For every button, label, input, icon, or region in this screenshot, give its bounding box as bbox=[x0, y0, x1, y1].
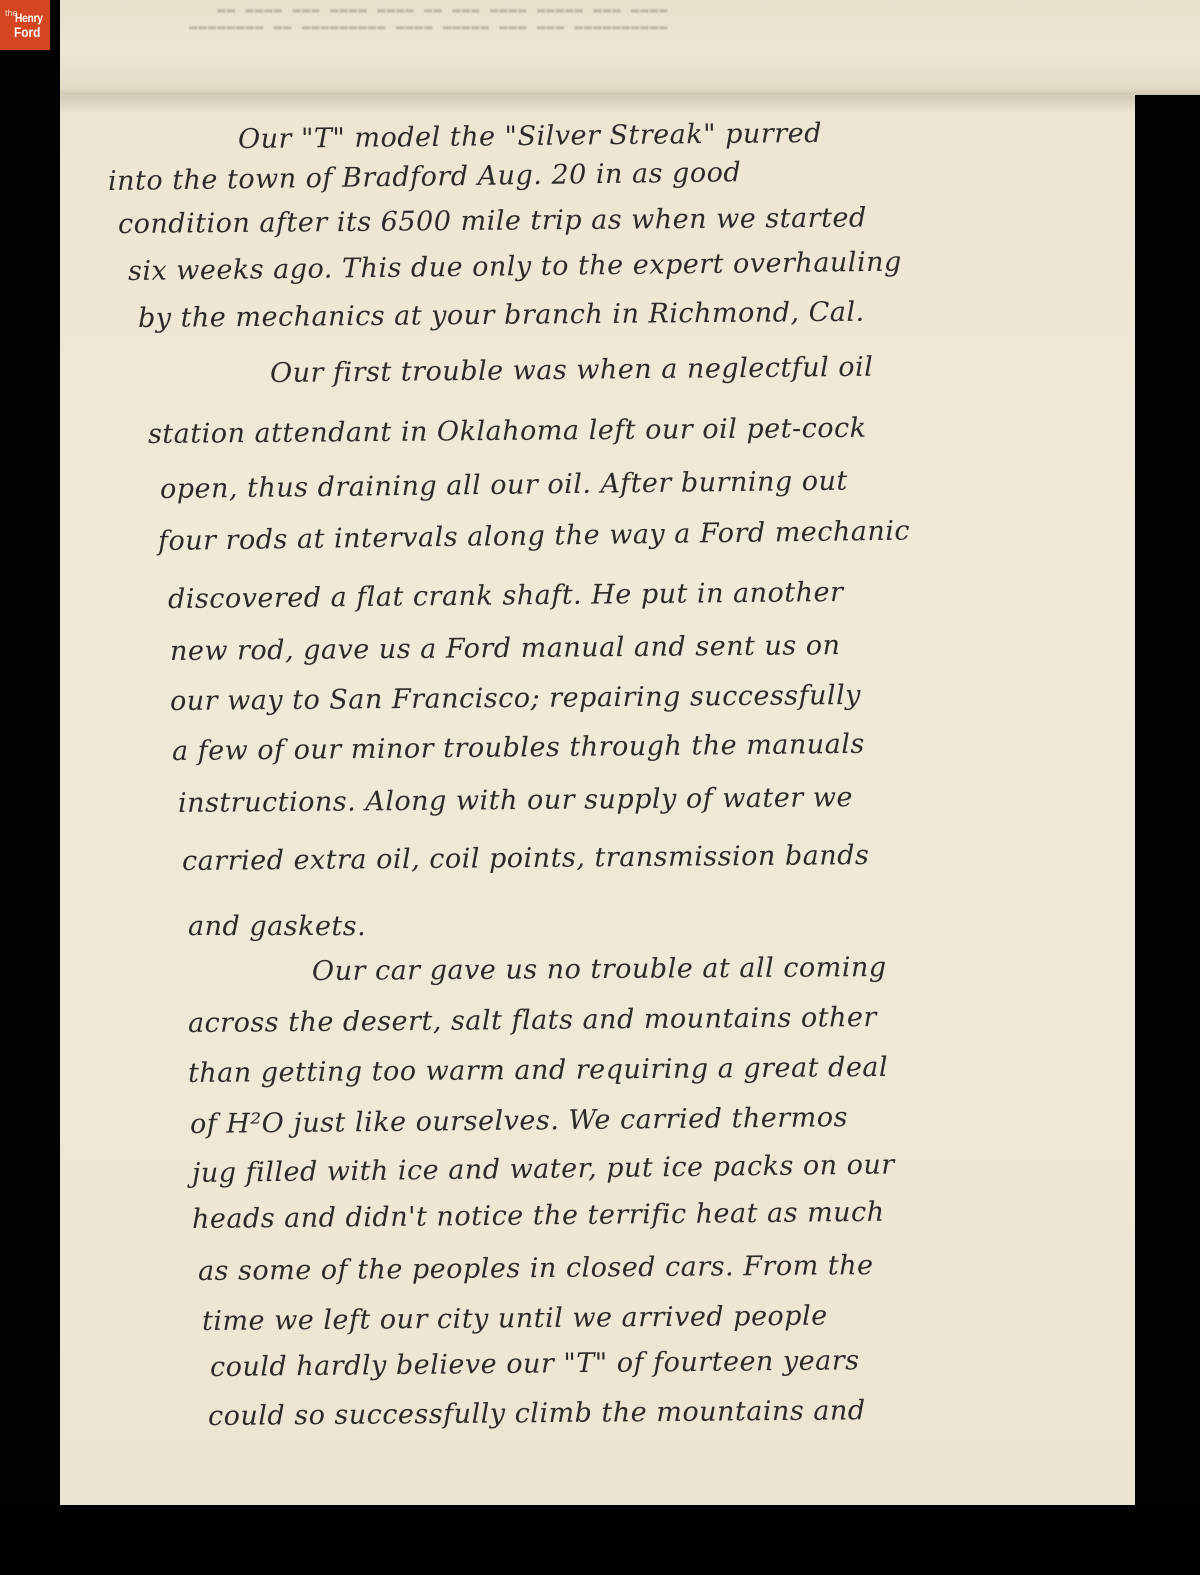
letter-line: our way to San Francisco; repairing succ… bbox=[170, 680, 861, 717]
letter-line: by the mechanics at your branch in Richm… bbox=[138, 297, 865, 334]
letter-line: and gaskets. bbox=[188, 911, 366, 942]
letter-line: carried extra oil, coil points, transmis… bbox=[182, 840, 870, 877]
scan-background bbox=[0, 1505, 1200, 1575]
logo-henry: Henry bbox=[15, 12, 43, 24]
letter-line: into the town of Bradford Aug. 20 in as … bbox=[108, 157, 742, 197]
letter-line: could so successfully climb the mountain… bbox=[208, 1395, 866, 1432]
folded-back-sheet: ▬▬▬▬ ▬▬▬ ▬▬▬▬▬ ▬▬▬▬ ▬▬▬ ▬▬ ▬▬▬▬ ▬▬▬▬ ▬▬▬… bbox=[60, 0, 1200, 95]
letter-line: than getting too warm and requiring a gr… bbox=[188, 1052, 888, 1089]
letter-line: could hardly believe our "T" of fourteen… bbox=[210, 1345, 860, 1383]
letter-line: as some of the peoples in closed cars. F… bbox=[198, 1250, 874, 1287]
typed-bleed-through: ▬▬▬▬ ▬▬▬ ▬▬▬▬▬ ▬▬▬▬ ▬▬▬ ▬▬ ▬▬▬▬ ▬▬▬▬ ▬▬▬… bbox=[188, 2, 667, 36]
letter-line: open, thus draining all our oil. After b… bbox=[160, 466, 848, 505]
logo-ford: Ford bbox=[14, 25, 40, 39]
letter-line: instructions. Along with our supply of w… bbox=[178, 782, 853, 819]
letter-line: condition after its 6500 mile trip as wh… bbox=[118, 202, 867, 240]
letter-line: Our "T" model the "Silver Streak" purred bbox=[238, 118, 822, 155]
letter-line: across the desert, salt flats and mounta… bbox=[188, 1002, 877, 1039]
letter-line: a few of our minor troubles through the … bbox=[172, 729, 865, 767]
letter-line: jug filled with ice and water, put ice p… bbox=[192, 1149, 895, 1189]
letter-page: Our "T" model the "Silver Streak" purred… bbox=[60, 95, 1135, 1506]
letter-line: new rod, gave us a Ford manual and sent … bbox=[170, 630, 841, 667]
letter-line: Our first trouble was when a neglectful … bbox=[270, 352, 874, 389]
letter-line: discovered a flat crank shaft. He put in… bbox=[168, 577, 844, 615]
letter-line: Our car gave us no trouble at all coming bbox=[312, 952, 887, 987]
letter-line: of H²O just like ourselves. We carried t… bbox=[190, 1102, 848, 1140]
letter-line: four rods at intervals along the way a F… bbox=[158, 516, 910, 557]
letter-line: heads and didn't notice the terrific hea… bbox=[192, 1197, 885, 1235]
letter-line: time we left our city until we arrived p… bbox=[202, 1301, 828, 1337]
letter-line: six weeks ago. This due only to the expe… bbox=[128, 247, 902, 287]
document-viewer: the Henry Ford ▬▬▬▬ ▬▬▬ ▬▬▬▬▬ ▬▬▬▬ ▬▬▬ ▬… bbox=[0, 0, 1200, 1575]
letter-line: station attendant in Oklahoma left our o… bbox=[148, 413, 867, 450]
henry-ford-logo: the Henry Ford bbox=[0, 0, 50, 50]
